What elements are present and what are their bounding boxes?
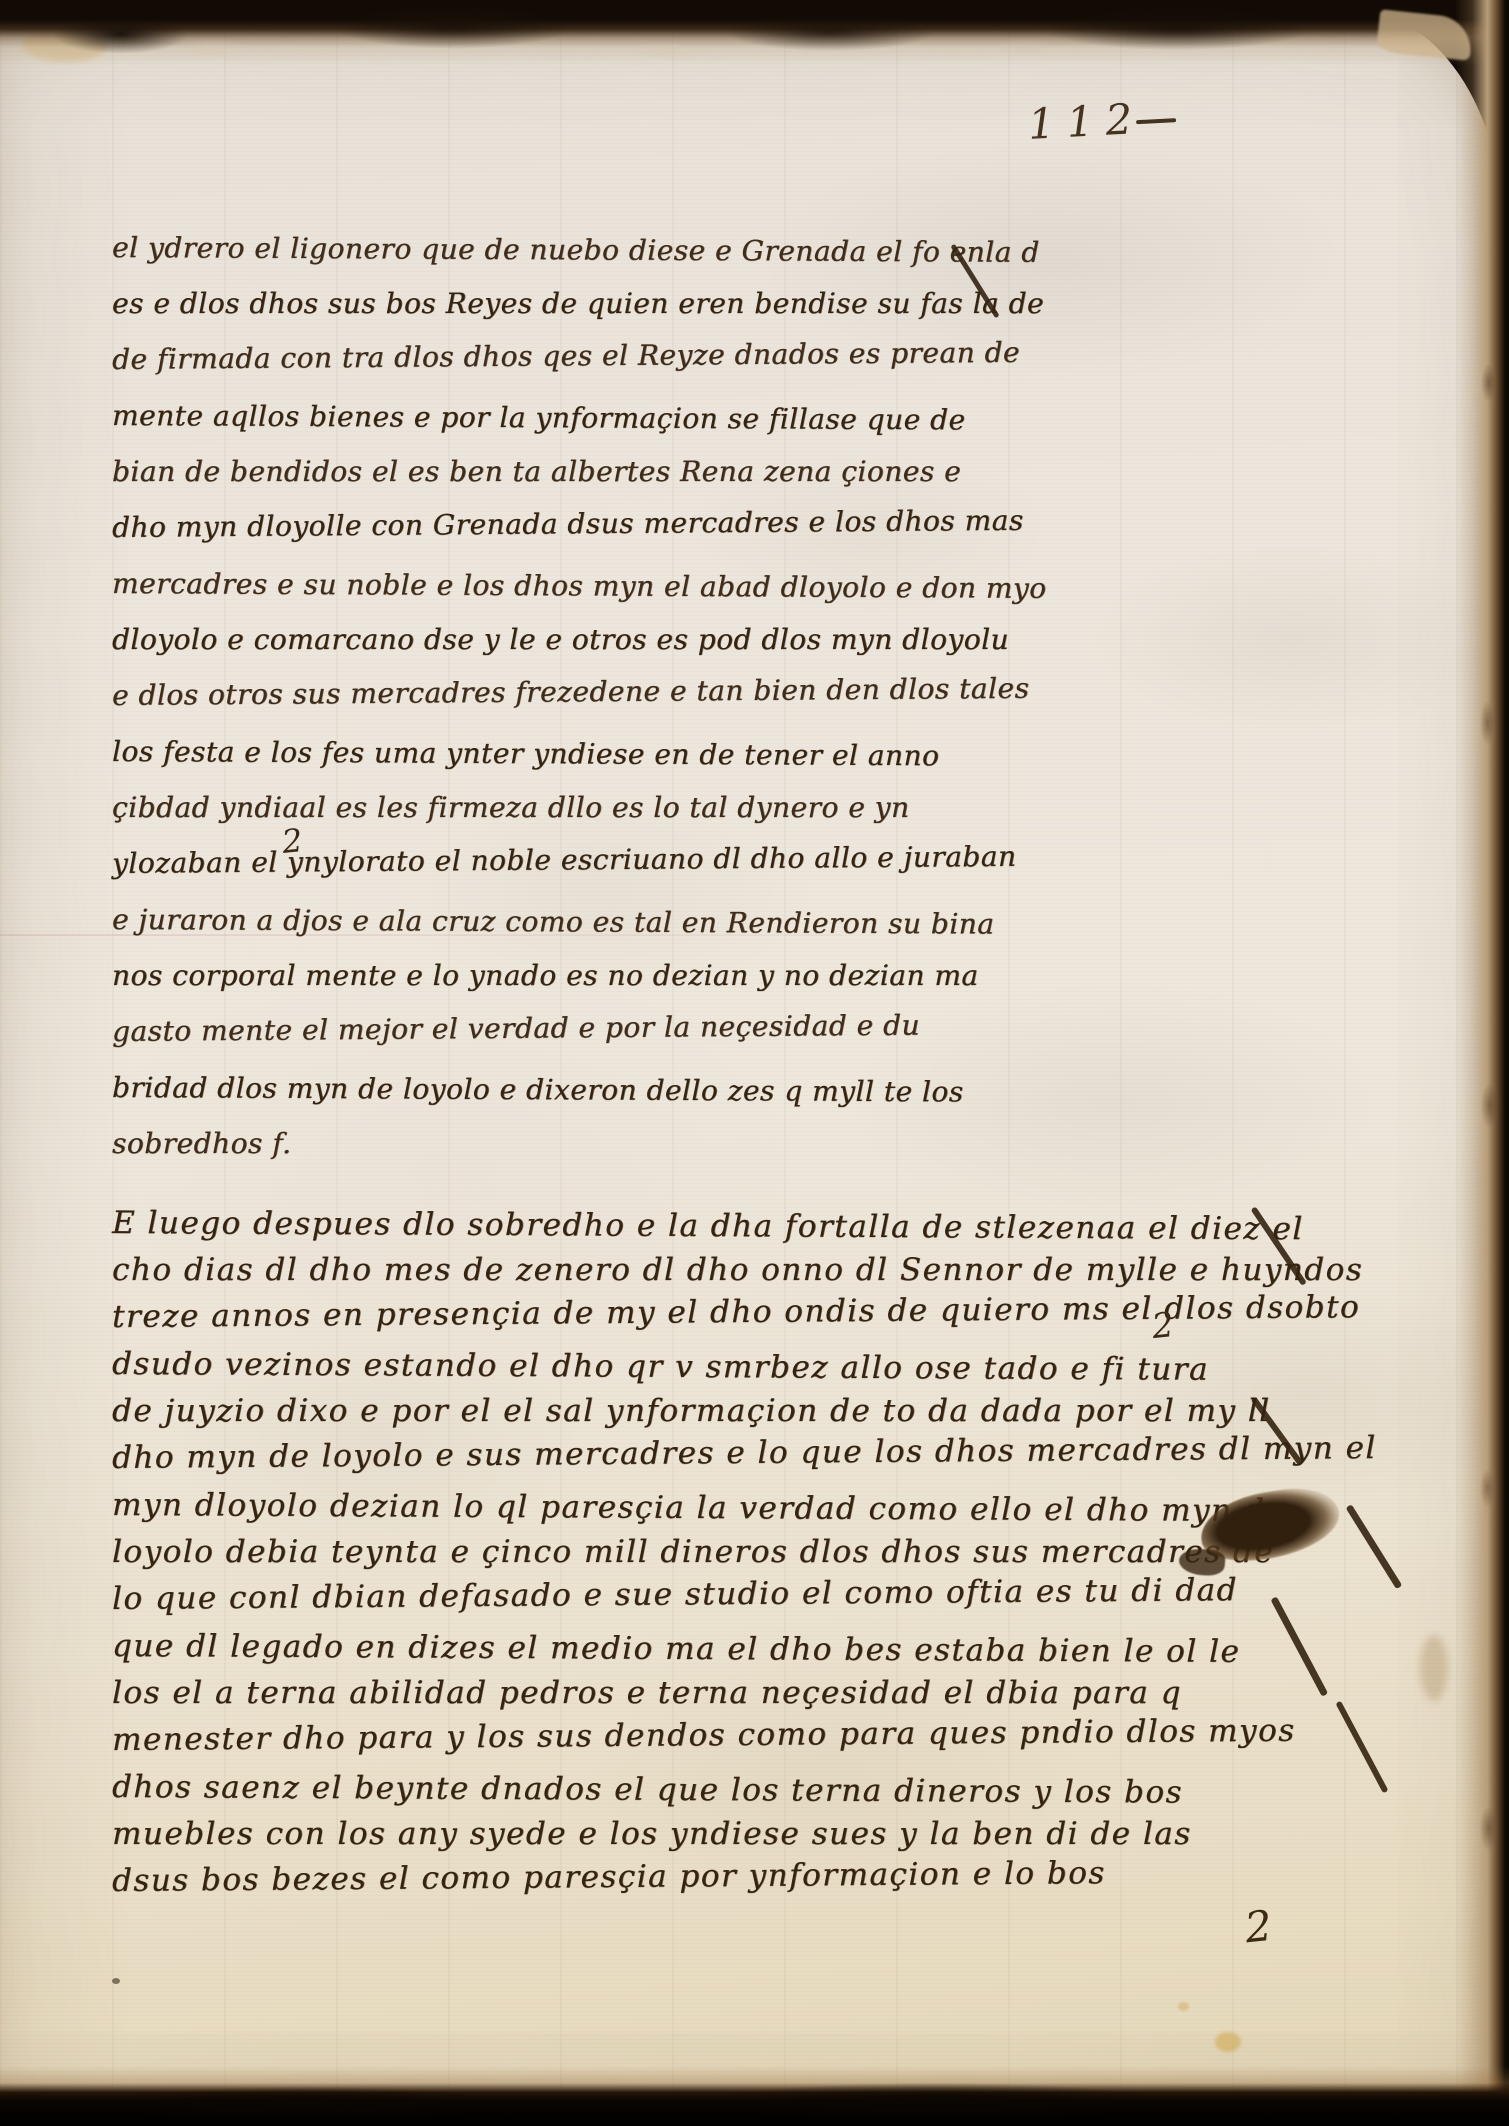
text-line: dho myn de loyolo e sus mercadres e lo q… — [112, 1428, 1012, 1482]
manuscript-page: 112 el ydrero el ligonero que de nuebo d… — [0, 10, 1503, 2108]
text-line: el ydrero el ligonero que de nuebo diese… — [112, 220, 1012, 281]
text-line: mercadres e su noble e los dhos myn el a… — [112, 556, 1012, 617]
paragraph-1: el ydrero el ligonero que de nuebo diese… — [112, 220, 1012, 1172]
text-line: mente aqllos bienes e por la ynformaçion… — [112, 388, 1012, 449]
text-line: dho myn dloyolle con Grenada dsus mercad… — [112, 493, 1012, 556]
text-line: loyolo debia teynta e çinco mill dineros… — [112, 1529, 1012, 1576]
paper-stain — [1420, 1635, 1448, 1701]
text-line: menester dho para y los sus dendos como … — [112, 1710, 1012, 1764]
folio-number: 112 — [1027, 92, 1178, 149]
text-line: treze annos en presençia de my el dho on… — [112, 1287, 1012, 1341]
text-line: e dlos otros sus mercadres frezedene e t… — [112, 661, 1012, 724]
paper-stain — [1178, 2002, 1189, 2011]
text-line: dsus bos bezes el como paresçia por ynfo… — [112, 1851, 1012, 1905]
text-line: de firmada con tra dlos dhos qes el Reyz… — [112, 325, 1012, 388]
manuscript-photo: 112 el ydrero el ligonero que de nuebo d… — [0, 0, 1509, 2126]
pen-flourish — [1335, 1701, 1388, 1794]
abbreviation-flourish: 2 — [1150, 1305, 1176, 1347]
ink-speck — [112, 1978, 120, 1984]
abbreviation-flourish: 2 — [280, 821, 304, 861]
text-line: lo que conl dbian defasado e sue studio … — [112, 1569, 1012, 1623]
text-line: es e dlos dhos sus bos Reyes de quien er… — [112, 276, 1012, 332]
abbreviation-flourish: 2 — [1243, 1901, 1275, 1953]
text-line: que dl legado en dizes el medio ma el dh… — [112, 1623, 1012, 1675]
text-line: bridad dlos myn de loyolo e dixeron dell… — [112, 1060, 1012, 1121]
text-line: çibdad yndiaal es les firmeza dllo es lo… — [112, 780, 1012, 836]
text-line: sobredhos f. — [112, 1116, 1012, 1172]
paragraph-2: E luego despues dlo sobredho e la dha fo… — [112, 1200, 1012, 1905]
pen-flourish — [1270, 1596, 1328, 1696]
text-line: e juraron a djos e ala cruz como es tal … — [112, 892, 1012, 953]
text-line: ylozaban el ynylorato el noble escriuano… — [112, 829, 1012, 892]
pen-flourish — [1346, 1504, 1403, 1589]
text-line: los festa e los fes uma ynter yndiese en… — [112, 724, 1012, 785]
text-line: dloyolo e comarcano dse y le e otros es … — [112, 612, 1012, 668]
handwritten-text-block: el ydrero el ligonero que de nuebo diese… — [112, 220, 1012, 1905]
paper-stain — [22, 28, 108, 62]
text-line: gasto mente el mejor el verdad e por la … — [112, 997, 1012, 1060]
paper-stain — [1215, 2032, 1241, 2052]
text-line: dsudo vezinos estando el dho qr v smrbez… — [112, 1341, 1012, 1393]
text-line: dhos saenz el beynte dnados el que los t… — [112, 1764, 1012, 1816]
text-line: cho dias dl dho mes de zenero dl dho onn… — [112, 1247, 1012, 1294]
text-line: muebles con los any syede e los yndiese … — [112, 1811, 1012, 1858]
text-line: los el a terna abilidad pedros e terna n… — [112, 1670, 1012, 1717]
text-line: nos corporal mente e lo ynado es no dezi… — [112, 948, 1012, 1004]
text-line: bian de bendidos el es ben ta albertes R… — [112, 444, 1012, 500]
text-line: E luego despues dlo sobredho e la dha fo… — [112, 1200, 1012, 1252]
text-line: myn dloyolo dezian lo ql paresçia la ver… — [112, 1482, 1012, 1534]
text-line: de juyzio dixo e por el el sal ynformaçi… — [112, 1388, 1012, 1435]
